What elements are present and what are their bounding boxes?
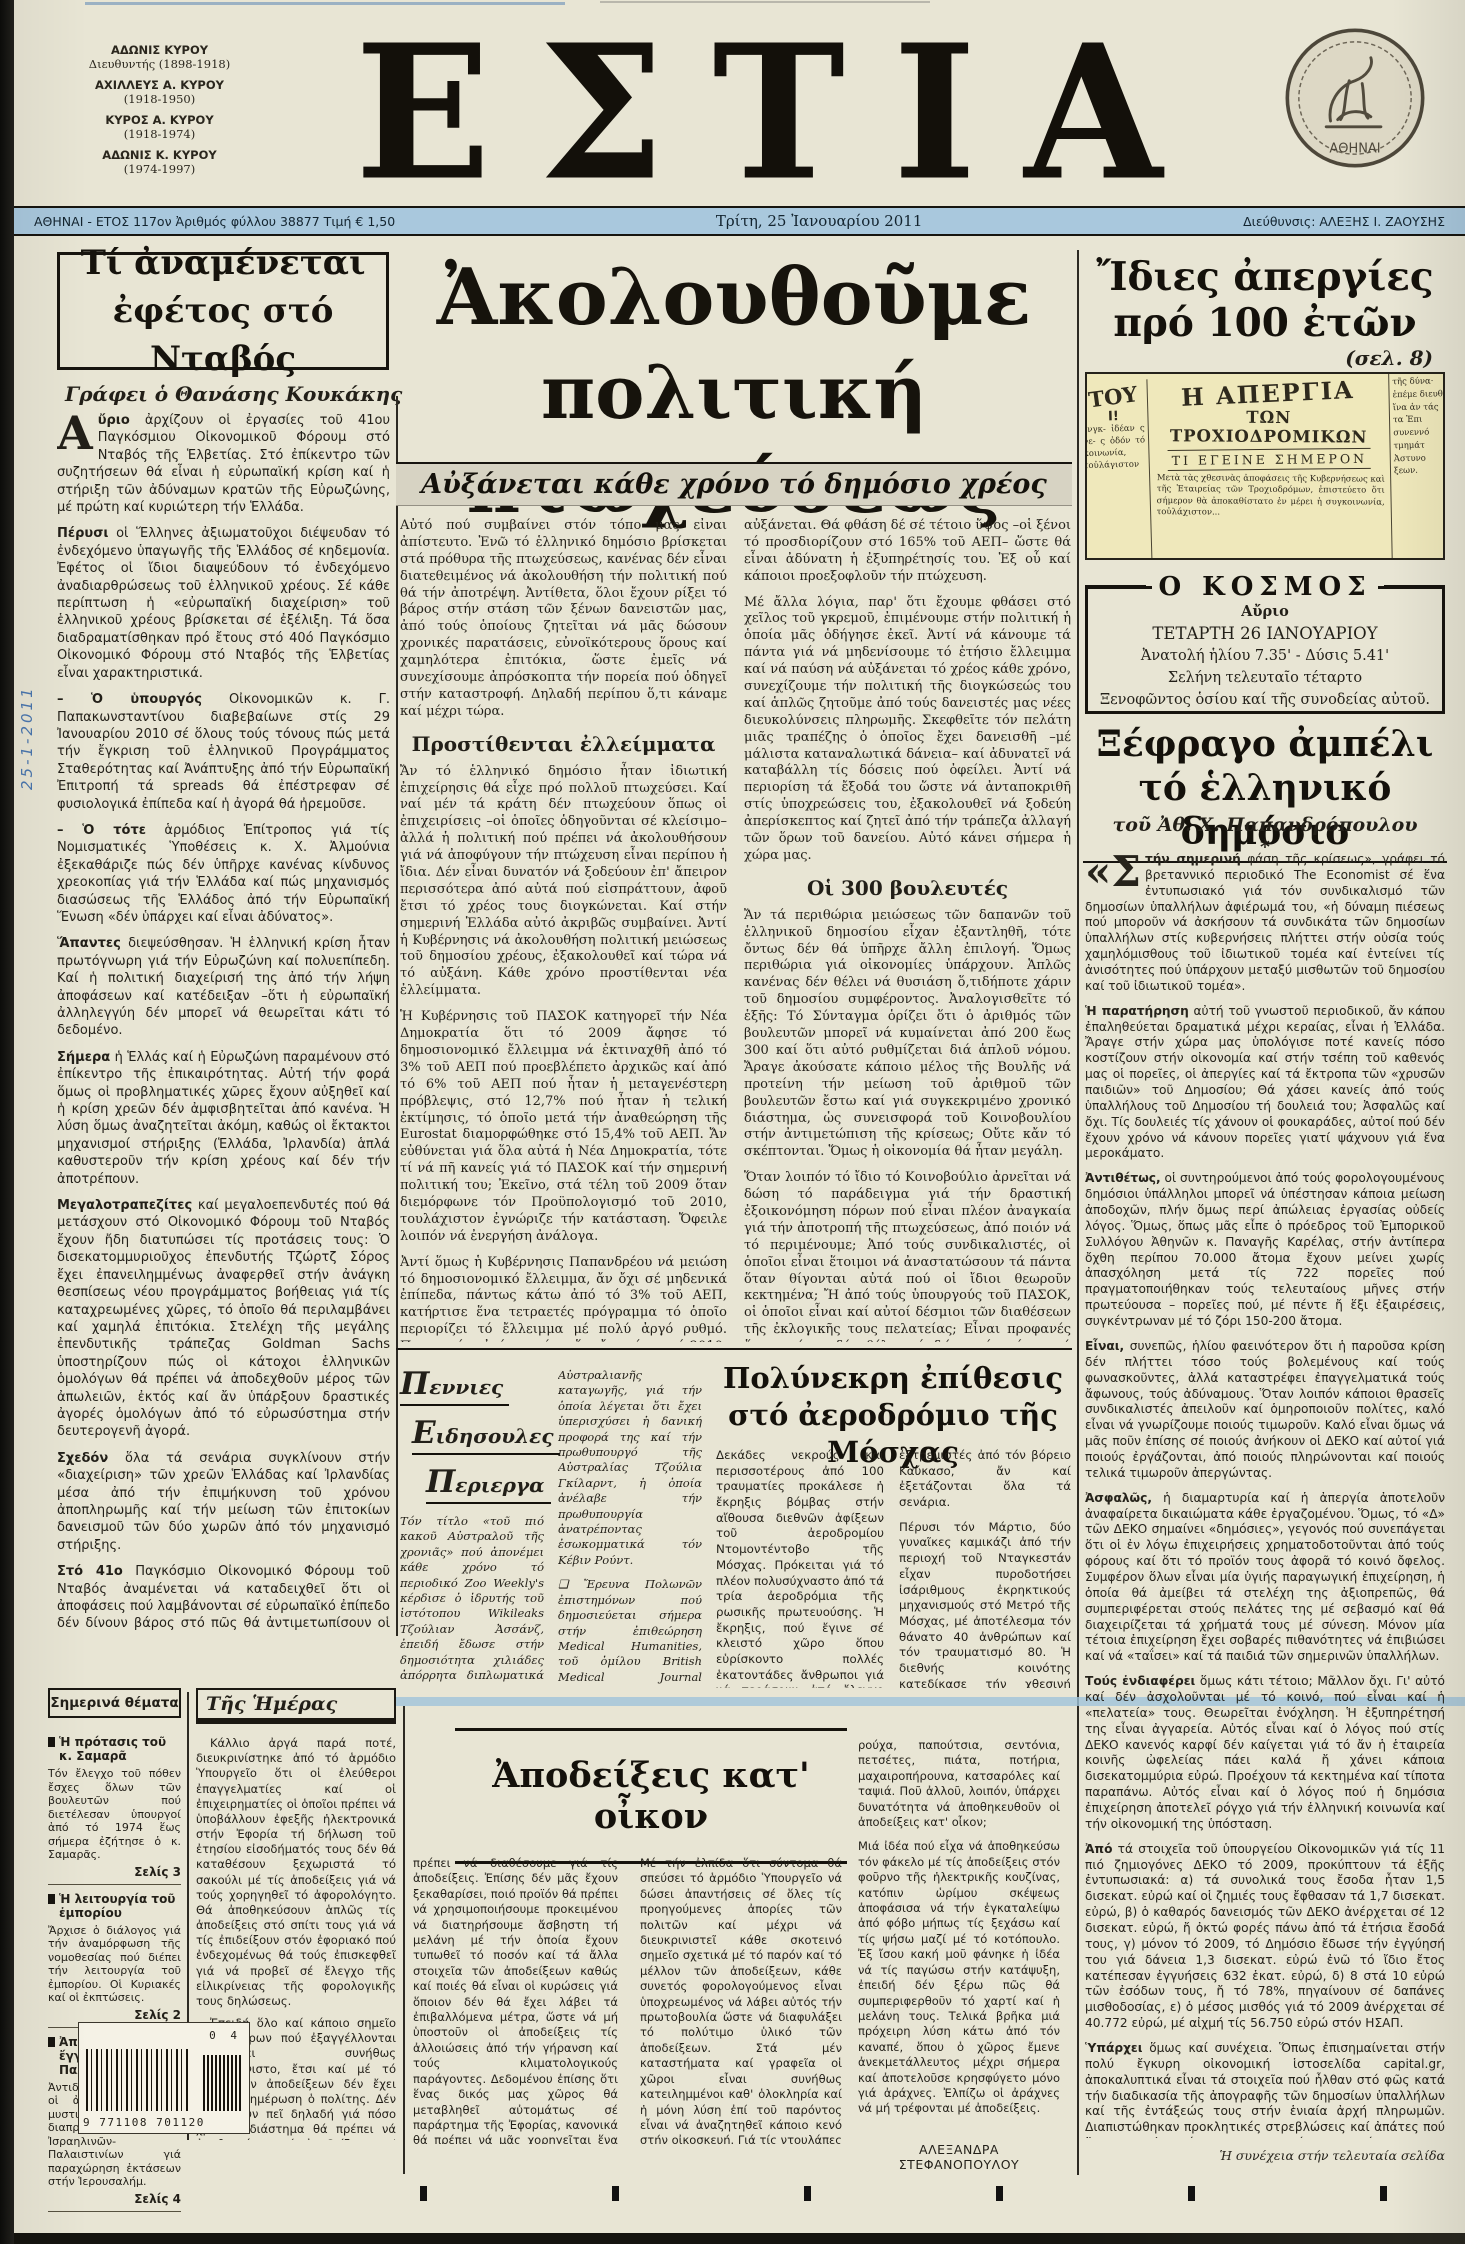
lead-article-col2: αὐξάνεται. Θά φθάση δέ σέ τέτοιο ὕψος –ο…	[744, 518, 1071, 1342]
founder-years: (1918-1974)	[52, 127, 267, 141]
barcode-stripes-small	[203, 2055, 241, 2111]
punch-mark	[1188, 2186, 1195, 2201]
receipts-col2: Μέ τήν ἐλπίδα ὅτι σύντομα θά σπεύσει τό …	[640, 1856, 842, 2144]
handwritten-date: 25-1-2011	[18, 685, 36, 790]
barcode-digits: 9 771108 701120	[83, 2116, 205, 2129]
section-rule	[396, 1348, 1072, 1350]
pennies-logo: Πεννιες Ειδησουλες Περιεργα	[400, 1366, 550, 1513]
davos-title-line2: ἐφέτος στό Νταβός	[60, 287, 386, 383]
athens-seal-icon: ΑΘΗΝΑΙ	[1283, 26, 1427, 170]
continuation-note: Ἡ συνέχεια στήν τελευταία σελίδα	[1085, 2148, 1445, 2163]
punch-mark	[1380, 2186, 1387, 2201]
newspaper-front-page: ΑΔΩΝΙΣ ΚΥΡΟΥ Διευθυντής (1898-1918) ΑΧΙΛ…	[0, 0, 1465, 2244]
page-reference: Σελίς 3	[48, 1865, 181, 1879]
barcode-stripes	[86, 2049, 190, 2111]
kosmos-title-row: Ο ΚΟΣΜΟΣ	[1085, 572, 1445, 602]
barcode-top-digits: 0 4	[209, 2029, 241, 2042]
issn-barcode: 0 4 9 771108 701120	[78, 2022, 250, 2134]
founder-years: (1918-1950)	[52, 92, 267, 106]
strikes-headline: Ἴδιες ἀπεργίες πρό 100 ἐτῶν	[1083, 254, 1447, 346]
dateline-issue: ΑΘΗΝΑΙ - ΕΤΟΣ 117ον Ἀριθμός φύλλου 38877…	[34, 214, 395, 229]
founder-years: Διευθυντής (1898-1918)	[52, 57, 267, 71]
lead-article-col1: Αὐτό πού συμβαίνει στόν τόπο μας εἶναι ἀ…	[400, 518, 727, 1342]
punch-mark	[420, 2186, 427, 2201]
kosmos-sun: Ἀνατολή ἡλίου 7.35' - Δύσις 5.41'	[1088, 645, 1442, 667]
receipts-headline: Ἀποδείξεις κατ' οἶκον	[455, 1728, 847, 1864]
kosmos-box: Ο ΚΟΣΜΟΣ Αὔριο ΤΕΤΑΡΤΗ 26 ΙΑΝΟΥΑΡΙΟΥ Ἀνα…	[1085, 586, 1445, 714]
svg-text:ΑΘΗΝΑΙ: ΑΘΗΝΑΙ	[1329, 142, 1380, 157]
column-rule	[1077, 250, 1079, 2175]
old-newspaper-clipping: ΤΟΥ Ι! ἐνγκ- ἰδέαν ς νε- ς ὁδόν τό κοινω…	[1085, 372, 1445, 560]
founder-name: ΑΔΩΝΙΣ ΚΥΡΟΥ	[52, 43, 267, 57]
punch-mark	[612, 2186, 619, 2201]
davos-title-line1: Τί ἀναμένεται	[60, 239, 386, 287]
clipping-center-column: Η ΑΠΕΡΓΙΑ ΤΩΝ ΤΡΟΧΙΟΔΡΟΜΙΚΩΝ ΤΙ ΕΓΕΙΝΕ Σ…	[1147, 373, 1392, 560]
clipping-left-column: ΤΟΥ Ι! ἐνγκ- ἰδέαν ς νε- ς ὁδόν τό κοινω…	[1085, 379, 1153, 560]
moscow-col-a: Δεκάδες νεκρούς καί περισσοτέρους ἀπό 10…	[716, 1448, 884, 1688]
strikes-page-ref: (σελ. 8)	[1083, 346, 1433, 370]
founders-list: ΑΔΩΝΙΣ ΚΥΡΟΥ Διευθυντής (1898-1918) ΑΧΙΛ…	[52, 36, 267, 176]
pennies-col-a: Τόν τίτλο «τοῦ πιό κακοῦ Αὐστραλοῦ τῆς χ…	[400, 1514, 544, 1684]
kosmos-moon: Σελήνη τελευταῖο τέταρτο	[1088, 667, 1442, 689]
themes-list: Ἡ πρότασις τοῦ κ. Σαμαρᾶ Τόν ἔλεγχο τοῦ …	[48, 1728, 181, 2212]
davos-byline: Γράφει ὁ Θανάσης Κουκάκης	[57, 382, 389, 406]
author-signature: ΑΛΕΞΑΝΔΡΑ ΣΤΕΦΑΝΟΠΟΥΛΟΥ	[858, 2142, 1060, 2172]
kosmos-tomorrow: Αὔριο	[1088, 601, 1442, 623]
dateline-bar: ΑΘΗΝΑΙ - ΕΤΟΣ 117ον Ἀριθμός φύλλου 38877…	[14, 206, 1465, 236]
founder-name: ΑΔΩΝΙΣ Κ. ΚΥΡΟΥ	[52, 148, 267, 162]
punch-mark	[996, 2186, 1003, 2201]
main-subhead-bar: Αὐξάνεται κάθε χρόνο τό δημόσιο χρέος	[396, 462, 1072, 506]
scan-edge-bottom	[14, 2233, 1465, 2244]
scan-edge-left	[0, 0, 14, 2244]
opinion-body: «Στήν σημερινή φάση τῆς κρίσεως», γράφει…	[1085, 852, 1445, 2138]
davos-headline-box: Τί ἀναμένεται ἐφέτος στό Νταβός	[57, 252, 389, 370]
founder-name: ΑΧΙΛΛΕΥΣ Α. ΚΥΡΟΥ	[52, 78, 267, 92]
scan-artifact	[600, 1, 930, 3]
punch-mark	[804, 2186, 811, 2201]
clipping-right-column: τῆς δύνα· ἐπέμε διευθυ ἵνα ἀν τάς τα Ἐπι…	[1388, 372, 1445, 560]
imeras-header: Τῆς Ἡμέρας	[196, 1688, 396, 1724]
lead-article-crosshead: Προστίθενται ἐλλείμματα	[400, 731, 727, 757]
column-rule	[396, 396, 398, 1636]
pennies-col-b: Αὐστραλιανῆς καταγωγῆς, γιά τήν ὁποία λέ…	[558, 1368, 702, 1684]
themes-header: Σημερινά θέματα	[48, 1688, 181, 1718]
davos-article-body: Αὔριο ἀρχίζουν οἱ ἐργασίες τοῦ 41ου Παγκ…	[57, 412, 390, 1630]
founder-years: (1974-1997)	[52, 162, 267, 176]
themes-item: Ἡ λειτουργία τοῦ ἐμπορίου Ἄρχισε ὁ διάλο…	[48, 1885, 181, 2028]
founder-name: ΚΥΡΟΣ Α. ΚΥΡΟΥ	[52, 113, 267, 127]
dateline-director: Διεύθυνσις: ΑΛΕΞΗΣ Ι. ΖΑΟΥΣΗΣ	[1243, 214, 1445, 229]
column-rule	[403, 1706, 405, 2174]
kosmos-rule	[1085, 585, 1146, 589]
newspaper-logo: ΕΣΤΙΑ	[355, 27, 1185, 199]
kosmos-saints: Ξενοφῶντος ὁσίου καί τῆς συνοδείας αὐτοῦ…	[1088, 689, 1442, 711]
kosmos-rule	[1384, 585, 1445, 589]
page-reference: Σελίς 2	[48, 2008, 181, 2022]
page-reference: Σελίς 4	[48, 2192, 181, 2206]
moscow-col-b: ἐξτρεμιστές ἀπό τόν βόρειο Καύκασο, ἄν κ…	[899, 1448, 1071, 1688]
receipts-col3: ρούχα, παπούτσια, σεντόνια, πετσέτες, πι…	[858, 1738, 1060, 2136]
receipts-col1: πρέπει νά διαθέσουμε γιά τίς ἀποδείξεις.…	[413, 1856, 618, 2144]
kosmos-day: ΤΕΤΑΡΤΗ 26 ΙΑΝΟΥΑΡΙΟΥ	[1088, 623, 1442, 645]
lead-article-crosshead: Οἱ 300 βουλευτές	[744, 875, 1071, 901]
themes-item: Ἡ πρότασις τοῦ κ. Σαμαρᾶ Τόν ἔλεγχο τοῦ …	[48, 1728, 181, 1885]
dateline-date: Τρίτη, 25 Ἰανουαρίου 2011	[716, 212, 923, 230]
